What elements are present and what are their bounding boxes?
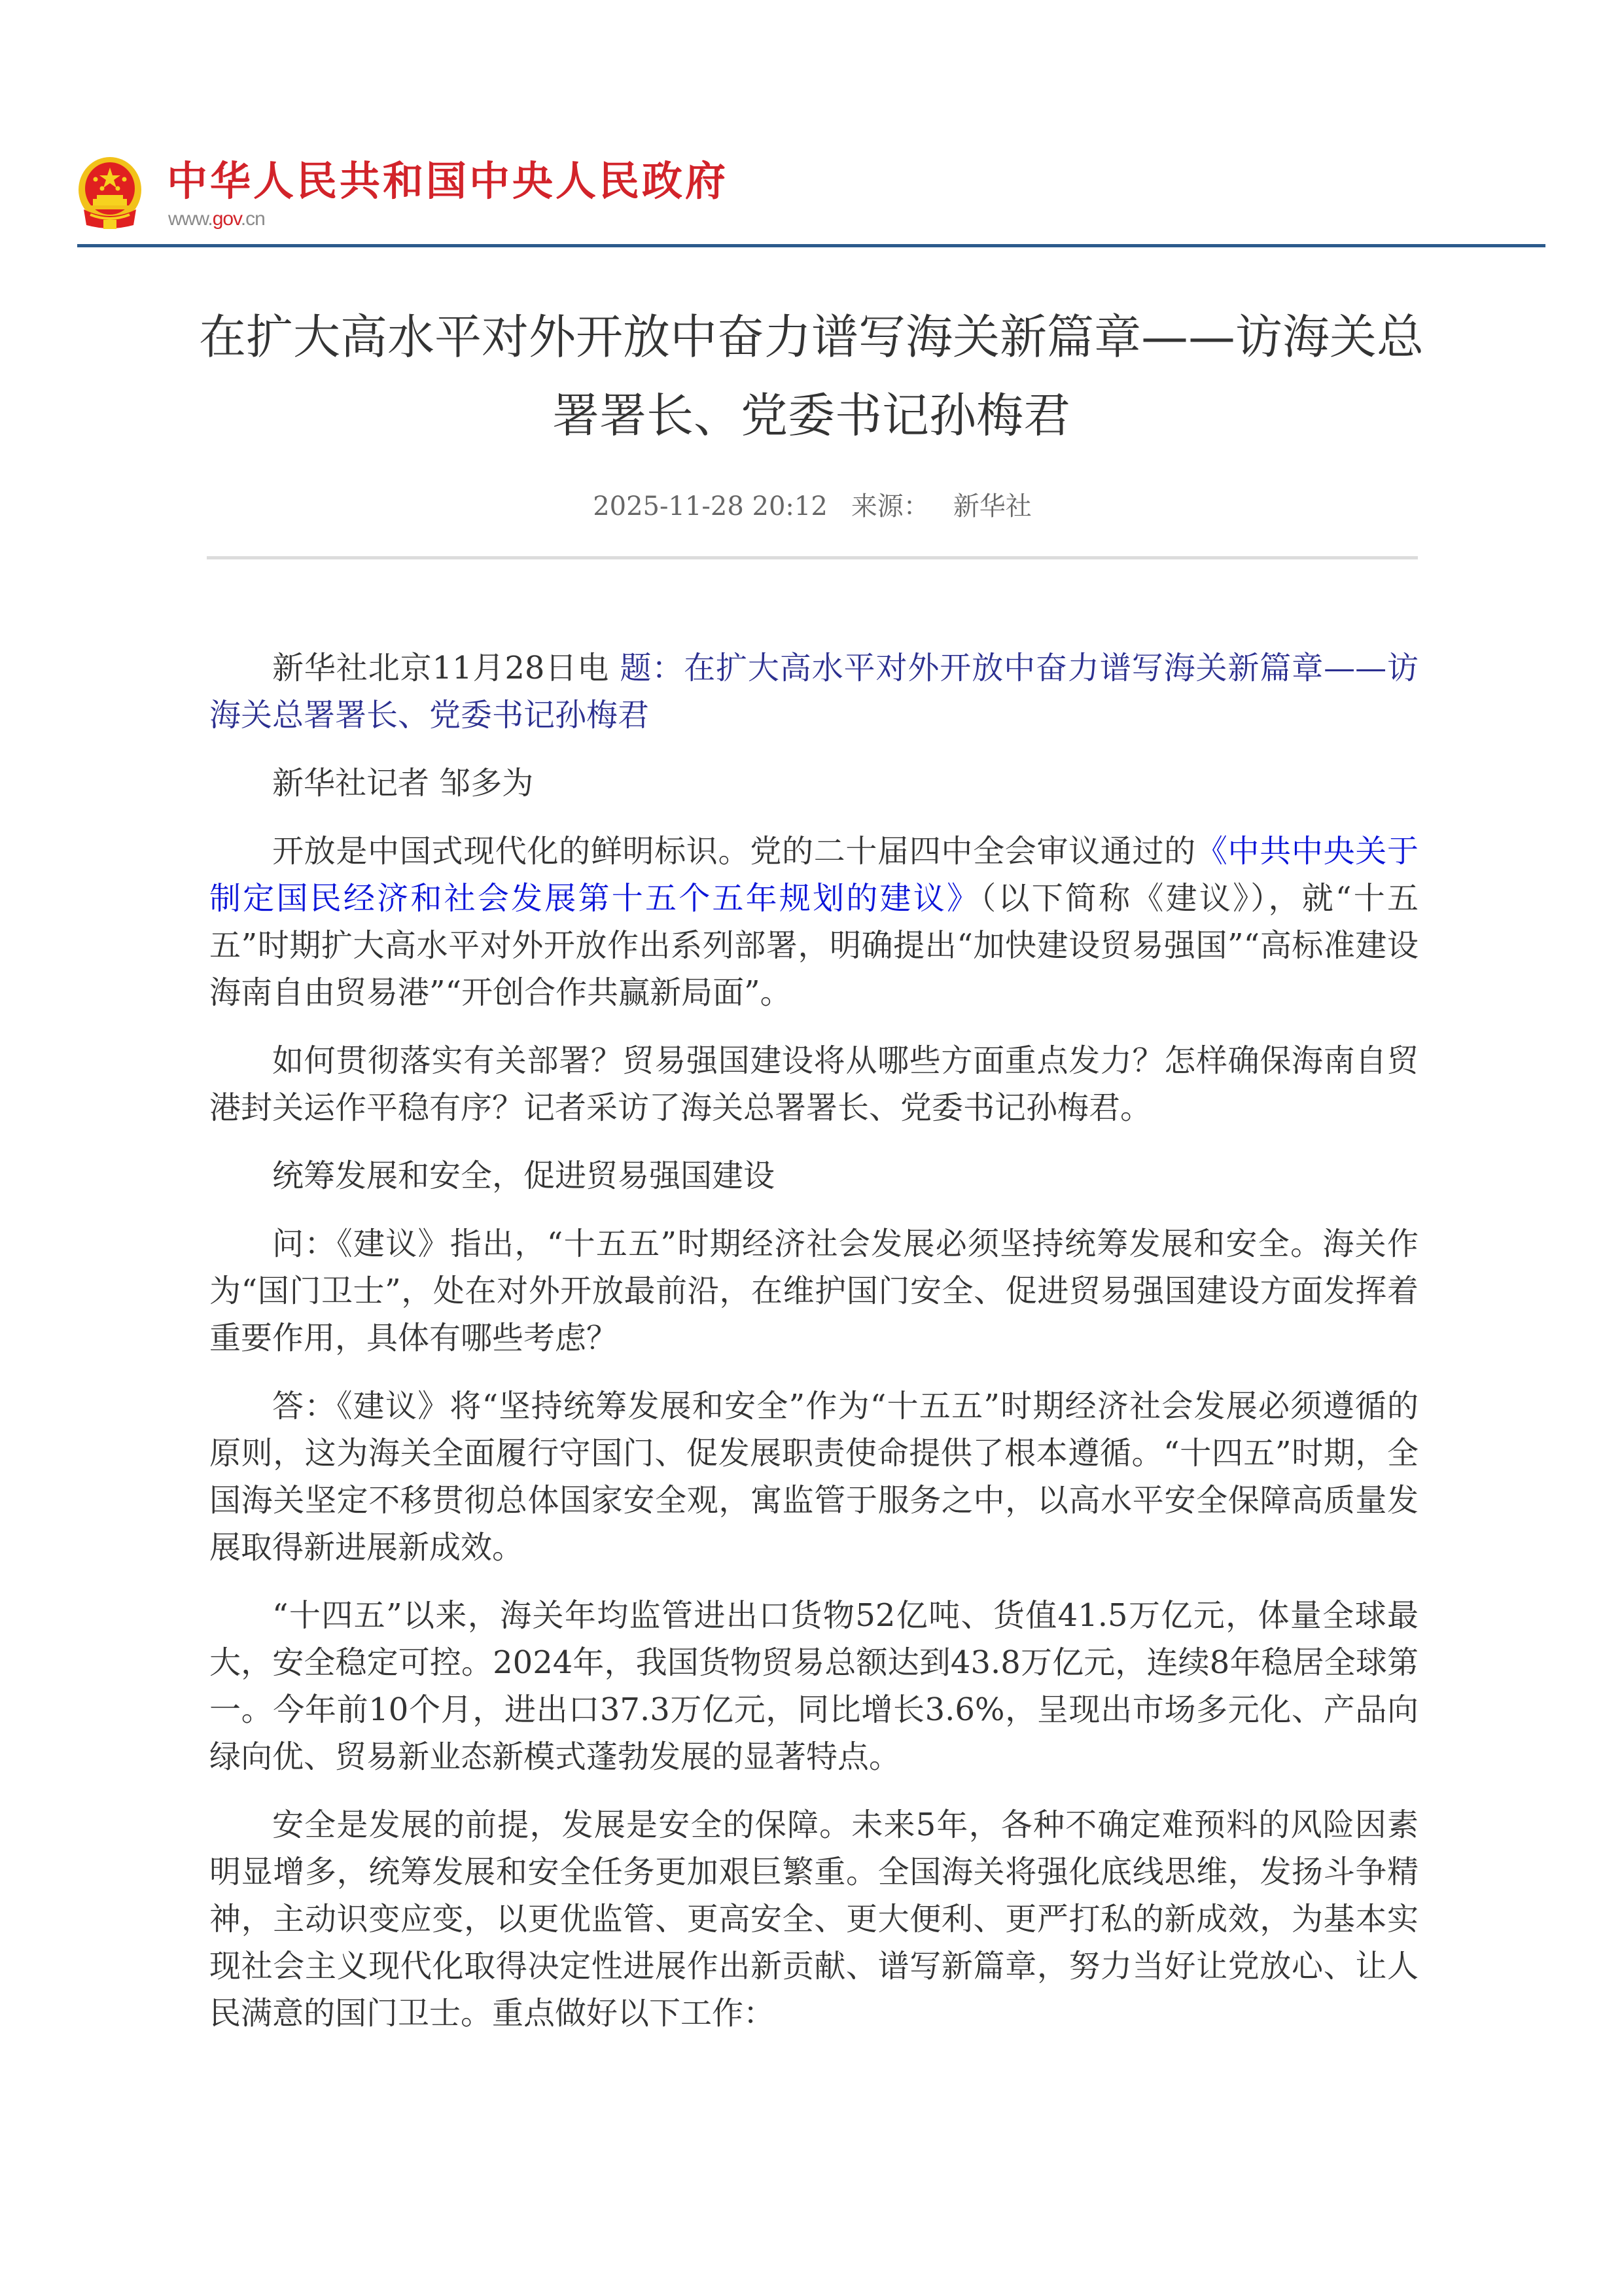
national-emblem-icon[interactable] bbox=[77, 157, 143, 230]
body-text: 开放是中国式现代化的鲜明标识。党的二十届四中全会审议通过的 bbox=[272, 833, 1196, 870]
dateline-paragraph: 新华社北京11月28日电 题：在扩大高水平对外开放中奋力谱写海关新篇章——访海关… bbox=[209, 645, 1419, 739]
source-name: 新华社 bbox=[953, 491, 1032, 521]
site-url-suffix: .cn bbox=[241, 208, 265, 230]
site-brand-name[interactable]: 中华人民共和国中央人民政府 bbox=[167, 158, 728, 204]
body-paragraph: 安全是发展的前提，发展是安全的保障。未来5年，各种不确定难预料的风险因素明显增多… bbox=[209, 1801, 1419, 2037]
header-divider bbox=[77, 244, 1545, 247]
question-paragraph: 问：《建议》指出，“十五五”时期经济社会发展必须坚持统筹发展和安全。海关作为“国… bbox=[209, 1220, 1419, 1362]
body-paragraph: “十四五”以来，海关年均监管进出口货物52亿吨、货值41.5万亿元，体量全球最大… bbox=[209, 1592, 1419, 1780]
article-title: 在扩大高水平对外开放中奋力谱写海关新篇章——访海关总署署长、党委书记孙梅君 bbox=[196, 298, 1426, 455]
answer-paragraph: 答：《建议》将“坚持统筹发展和安全”作为“十五五”时期经济社会发展必须遵循的原则… bbox=[209, 1383, 1419, 1571]
dateline: 新华社北京11月28日电 bbox=[272, 650, 620, 686]
site-url-accent: gov bbox=[213, 208, 241, 230]
article-body: 新华社北京11月28日电 题：在扩大高水平对外开放中奋力谱写海关新篇章——访海关… bbox=[209, 645, 1419, 2058]
body-paragraph: 开放是中国式现代化的鲜明标识。党的二十届四中全会审议通过的《中共中央关于制定国民… bbox=[209, 828, 1419, 1016]
site-url-prefix: www. bbox=[168, 208, 213, 230]
article-meta: 2025-11-28 20:12来源：新华社 bbox=[207, 489, 1418, 523]
byline: 新华社记者 邹多为 bbox=[209, 760, 1419, 807]
site-header: 中华人民共和国中央人民政府 www.gov.cn bbox=[77, 157, 1545, 249]
body-paragraph: 如何贯彻落实有关部署？贸易强国建设将从哪些方面重点发力？怎样确保海南自贸港封关运… bbox=[209, 1037, 1419, 1131]
source-label: 来源： bbox=[851, 491, 930, 521]
meta-divider bbox=[207, 556, 1418, 559]
site-url[interactable]: www.gov.cn bbox=[168, 208, 265, 230]
publish-date: 2025-11-28 20:12 bbox=[593, 491, 828, 521]
section-heading: 统筹发展和安全，促进贸易强国建设 bbox=[209, 1152, 1419, 1199]
